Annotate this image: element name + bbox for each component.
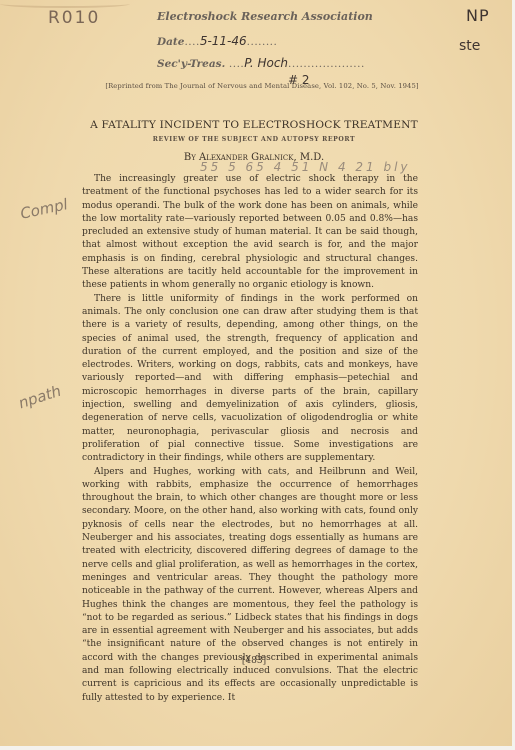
article-body: The increasingly greater use of electric…: [82, 173, 418, 705]
handwritten-margin-note: npath: [16, 382, 63, 413]
paragraph: There is little uniformity of findings i…: [82, 293, 418, 466]
paper-edge-mark: [0, 0, 130, 8]
article-subtitle: REVIEW OF THE SUBJECT AND AUTOPSY REPORT: [84, 136, 424, 143]
page-number: [483]: [84, 656, 424, 666]
article-title: A FATALITY INCIDENT TO ELECTROSHOCK TREA…: [84, 119, 424, 131]
paragraph: Alpers and Hughes, working with cats, an…: [82, 466, 418, 705]
stamp-date-label: Date: [157, 36, 184, 48]
stamp-sec-treas-line: Sec'y-Treas. ....P. Hoch................…: [157, 56, 365, 70]
handwritten-top-right-note: NP: [466, 6, 490, 25]
scanned-page: R010 NP ste Electroshock Research Associ…: [0, 0, 512, 746]
reprint-note: [Reprinted from The Journal of Nervous a…: [92, 82, 432, 90]
handwritten-numbers-over-byline: 55 5 65 4 51 N 4 21 bly: [200, 160, 411, 174]
paragraph: The increasingly greater use of electric…: [82, 173, 418, 293]
stamp-signature: P. Hoch: [244, 56, 288, 70]
handwritten-top-right-note-2: ste: [459, 38, 480, 54]
stamp-association-name: Electroshock Research Association: [157, 10, 373, 23]
stamp-date-value: 5-11-46: [200, 34, 247, 48]
handwritten-margin-note: Compl: [19, 195, 70, 223]
handwritten-top-left-note: R010: [48, 8, 100, 28]
stamp-sec-treas-label: Sec'y-Treas.: [157, 58, 225, 70]
stamp-date-line: Date....5-11-46........: [157, 34, 277, 48]
